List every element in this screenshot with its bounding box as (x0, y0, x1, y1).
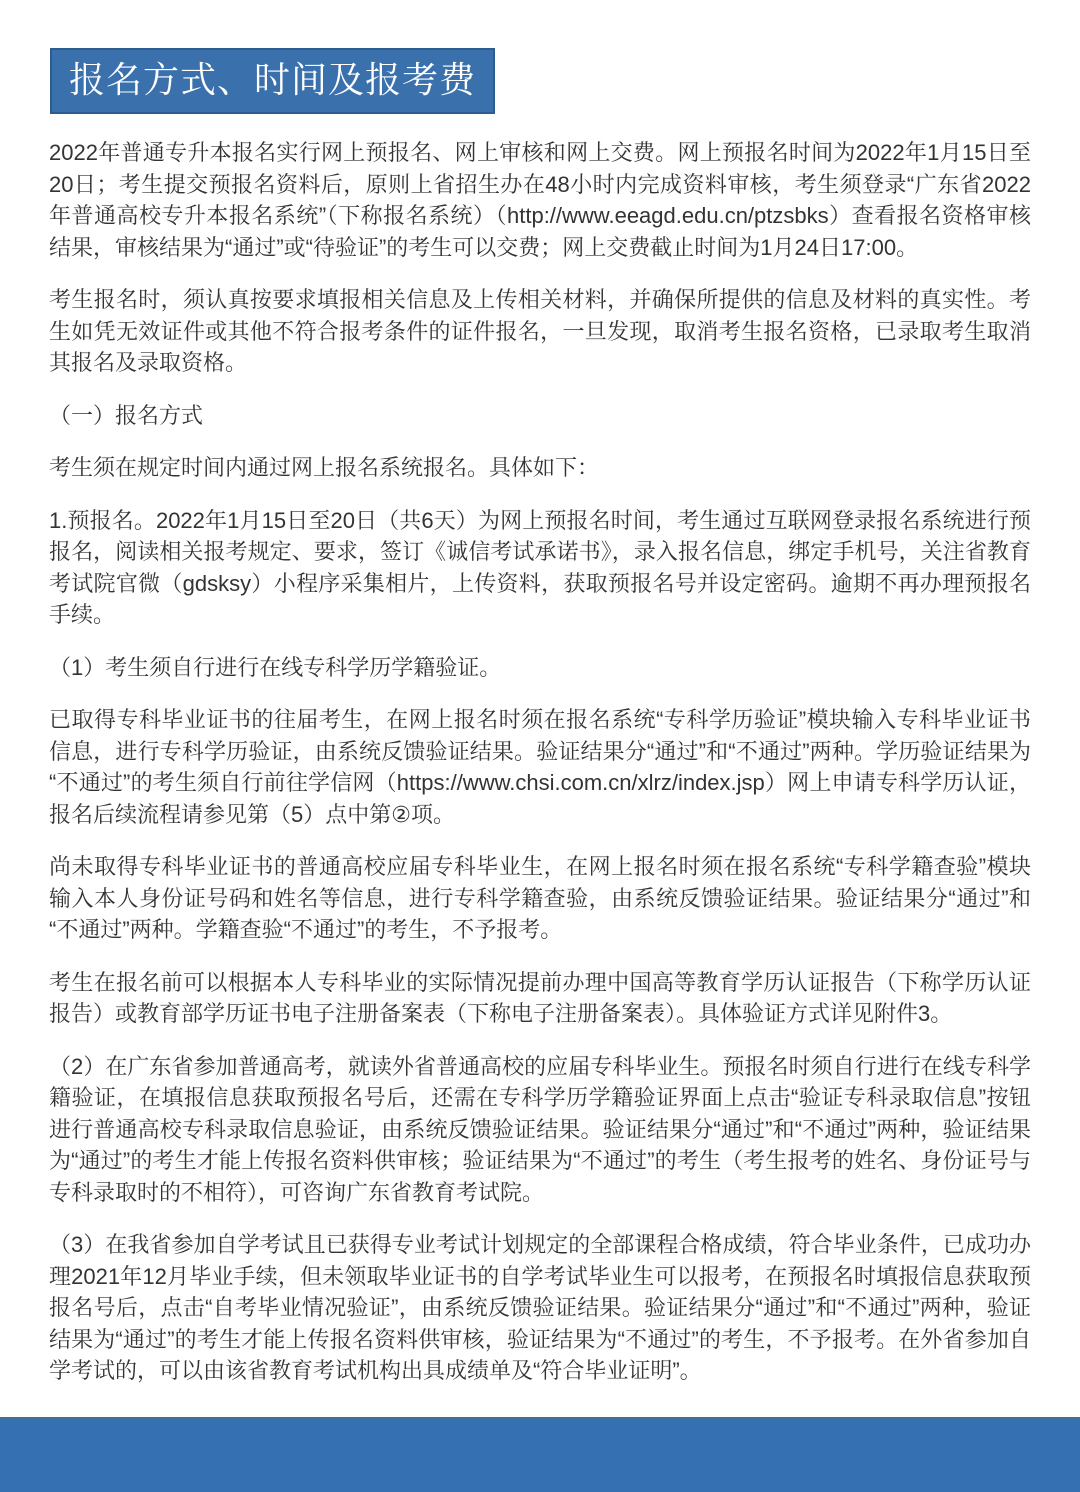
item-1-heading: （1）考生须自行进行在线专科学历学籍验证。 (49, 652, 1031, 684)
item-3-paragraph: （3）在我省参加自学考试且已获得专业考试计划规定的全部课程合格成绩，符合毕业条件… (49, 1229, 1031, 1387)
intro-paragraph: 2022年普通专升本报名实行网上预报名、网上审核和网上交费。网上预报名时间为20… (49, 137, 1031, 263)
document-body: 2022年普通专升本报名实行网上预报名、网上审核和网上交费。网上预报名时间为20… (49, 137, 1031, 1387)
section-title-badge: 报名方式、时间及报考费 (50, 48, 495, 114)
current-student-verification-paragraph: 尚未取得专科毕业证书的普通高校应届专科毕业生，在网上报名时须在报名系统“专科学籍… (49, 851, 1031, 946)
section-1-intro: 考生须在规定时间内通过网上报名系统报名。具体如下： (49, 452, 1031, 484)
integrity-warning-paragraph: 考生报名时，须认真按要求填报相关信息及上传相关材料，并确保所提供的信息及材料的真… (49, 284, 1031, 379)
item-2-paragraph: （2）在广东省参加普通高考，就读外省普通高校的应届专科毕业生。预报名时须自行进行… (49, 1051, 1031, 1209)
pre-certification-paragraph: 考生在报名前可以根据本人专科毕业的实际情况提前办理中国高等教育学历认证报告（下称… (49, 967, 1031, 1030)
section-1-heading: （一）报名方式 (49, 400, 1031, 432)
pre-registration-paragraph: 1.预报名。2022年1月15日至20日（共6天）为网上预报名时间，考生通过互联… (49, 505, 1031, 631)
section-title: 报名方式、时间及报考费 (69, 59, 476, 100)
document-page: 报名方式、时间及报考费 2022年普通专升本报名实行网上预报名、网上审核和网上交… (0, 0, 1080, 1492)
graduate-diploma-verification-paragraph: 已取得专科毕业证书的往届考生，在网上报名时须在报名系统“专科学历验证”模块输入专… (49, 704, 1031, 830)
footer-band (0, 1417, 1080, 1492)
